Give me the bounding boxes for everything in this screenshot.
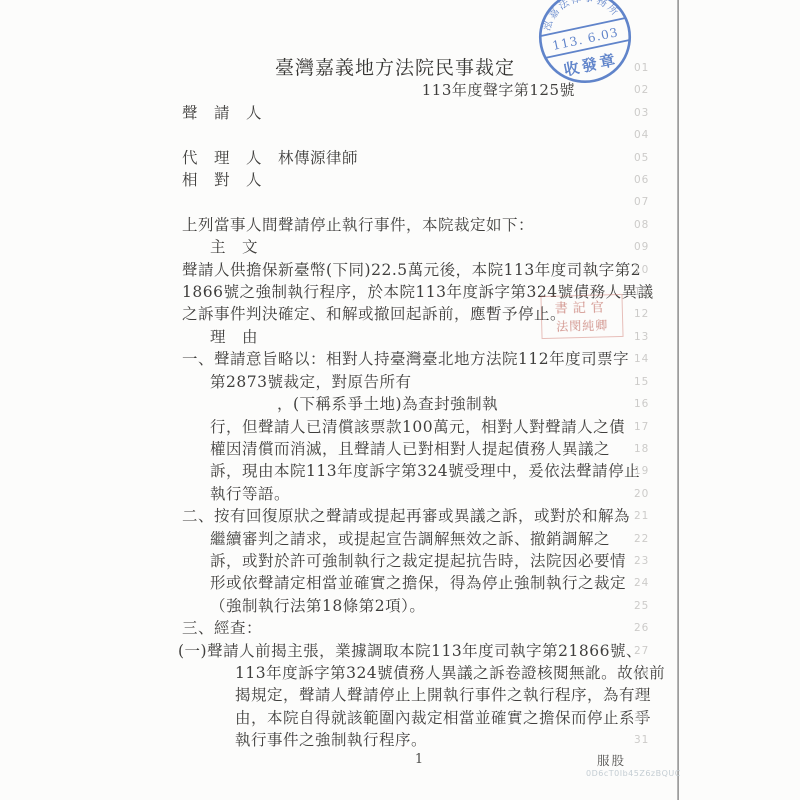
line-number: 24 — [634, 573, 660, 593]
doc-line-18: 權因清償而消滅，且聲請人已對相對人提起債務人異議之18 — [182, 438, 657, 460]
line-number: 03 — [634, 103, 660, 123]
doc-line-19: 訴，現由本院113年度訴字第324號受理中，爰依法聲請停止19 — [182, 460, 657, 482]
line-number: 06 — [634, 170, 660, 190]
doc-line-09: 主 文09 — [182, 236, 657, 258]
line-number: 12 — [634, 304, 660, 324]
line-number: 16 — [634, 394, 660, 414]
line-number: 13 — [634, 327, 660, 347]
line-text: 二、按有回復原狀之聲請或提起再審或異議之訴，或對於和解為 — [182, 505, 630, 527]
line-number: 07 — [634, 192, 660, 212]
line-number: 14 — [634, 349, 660, 369]
doc-line-05: 代 理 人 林傳源律師05 — [182, 147, 657, 169]
line-number: 10 — [634, 260, 660, 280]
line-number: 15 — [634, 372, 660, 392]
line-text: 執行等語。 — [210, 483, 290, 505]
line-number: 05 — [634, 148, 660, 168]
doc-lines: 臺灣嘉義地方法院民事裁定01113年度聲字第125號02聲 請 人0304代 理… — [182, 57, 657, 752]
doc-line-20: 執行等語。20 — [182, 483, 657, 505]
doc-line-08: 上列當事人間聲請停止執行事件，本院裁定如下：08 — [182, 214, 657, 236]
doc-line-31: 執行事件之強制執行程序。31 — [182, 729, 657, 751]
doc-line-28: 113年度訴字第324號債務人異議之訴卷證核閱無訛。故依前28 — [182, 662, 657, 684]
line-number: 25 — [634, 596, 660, 616]
doc-line-04: 04 — [182, 124, 657, 146]
doc-line-25: （強制執行法第18條第2項）。25 — [182, 595, 657, 617]
line-number: 31 — [634, 730, 660, 750]
line-text: 113年度聲字第125號 — [182, 79, 575, 101]
doc-line-06: 相 對 人06 — [182, 169, 657, 191]
doc-line-23: 訴，或對於許可強制執行之裁定提起抗告時，法院因必要情23 — [182, 550, 657, 572]
doc-line-16: ，(下稱系爭土地)為查封強制執16 — [182, 393, 657, 415]
line-text: 繼續審判之請求，或提起宣告調解無效之訴、撤銷調解之 — [210, 528, 610, 550]
doc-line-14: 一、聲請意旨略以：相對人持臺灣臺北地方法院112年度司票字14 — [182, 348, 657, 370]
line-number: 08 — [634, 215, 660, 235]
line-text: 形或依聲請定相當並確實之擔保，得為停止強制執行之裁定 — [210, 572, 626, 594]
line-text: 行，但聲請人已清償該票款100萬元，相對人對聲請人之債 — [210, 416, 625, 438]
line-number: 09 — [634, 237, 660, 257]
page-number: 1 — [404, 752, 434, 767]
line-text: 三、經查： — [182, 617, 262, 639]
line-text: 之訴事件判決確定、和解或撤回起訴前，應暫予停止。 — [182, 303, 566, 325]
scan-edge-line — [677, 0, 679, 800]
clerk-stamp-title: 書記官 — [555, 299, 609, 318]
line-number: 17 — [634, 417, 660, 437]
line-number: 30 — [634, 708, 660, 728]
doc-line-21: 二、按有回復原狀之聲請或提起再審或異議之訴，或對於和解為21 — [182, 505, 657, 527]
line-text: 由，本院自得就該範圍內裁定相當並確實之擔保而停止系爭 — [235, 707, 651, 729]
line-number: 27 — [634, 641, 660, 661]
line-number: 20 — [634, 484, 660, 504]
line-number: 28 — [634, 663, 660, 683]
division-label: 服股 — [597, 751, 626, 769]
line-text: 113年度訴字第324號債務人異議之訴卷證核閱無訛。故依前 — [235, 662, 665, 684]
doc-line-24: 形或依聲請定相當並確實之擔保，得為停止強制執行之裁定24 — [182, 572, 657, 594]
doc-line-15: 第2873號裁定，對原告所有15 — [182, 371, 657, 393]
doc-line-07: 07 — [182, 191, 657, 213]
line-number: 11 — [634, 282, 660, 302]
line-number: 18 — [634, 439, 660, 459]
line-number: 23 — [634, 551, 660, 571]
line-number: 22 — [634, 529, 660, 549]
doc-line-29: 揭規定，聲請人聲請停止上開執行事件之執行程序，為有理29 — [182, 684, 657, 706]
clerk-stamp-name: 法閔純卿 — [556, 317, 608, 334]
doc-line-26: 三、經查：26 — [182, 617, 657, 639]
line-text: 訴，現由本院113年度訴字第324號受理中，爰依法聲請停止 — [210, 460, 640, 482]
line-number: 21 — [634, 506, 660, 526]
line-text: 理 由 — [210, 326, 258, 348]
scanned-court-ruling-page: 臺灣嘉義地方法院民事裁定01113年度聲字第125號02聲 請 人0304代 理… — [0, 0, 800, 800]
doc-line-03: 聲 請 人03 — [182, 102, 657, 124]
line-text: 執行事件之強制執行程序。 — [235, 729, 427, 751]
line-text: 主 文 — [210, 236, 258, 258]
line-text: （強制執行法第18條第2項）。 — [210, 595, 425, 617]
line-text: 上列當事人間聲請停止執行事件，本院裁定如下： — [182, 214, 534, 236]
line-number: 26 — [634, 618, 660, 638]
line-text: 權因清償而消滅，且聲請人已對相對人提起債務人異議之 — [210, 438, 610, 460]
line-number: 19 — [634, 461, 660, 481]
line-text: 聲請人供擔保新臺幣(下同)22.5萬元後，本院113年度司執字第2 — [182, 259, 641, 281]
line-text: (一)聲請人前揭主張，業據調取本院113年度司執字第21866號、 — [178, 640, 642, 662]
line-text: ，(下稱系爭土地)為查封強制執 — [277, 393, 498, 415]
receipt-stamp-label: 收發章 — [562, 50, 619, 79]
line-text: 第2873號裁定，對原告所有 — [210, 371, 411, 393]
line-text: 一、聲請意旨略以：相對人持臺灣臺北地方法院112年度司票字 — [182, 348, 629, 370]
doc-line-22: 繼續審判之請求，或提起宣告調解無效之訴、撤銷調解之22 — [182, 528, 657, 550]
line-text: 相 對 人 — [182, 169, 262, 191]
line-number: 29 — [634, 685, 660, 705]
footer-faint-code: 0D6cT0Ib45Z6zBQUC — [586, 769, 681, 778]
doc-line-30: 由，本院自得就該範圍內裁定相當並確實之擔保而停止系爭30 — [182, 707, 657, 729]
line-text: 揭規定，聲請人聲請停止上開執行事件之執行程序，為有理 — [235, 684, 651, 706]
line-text: 訴，或對於許可強制執行之裁定提起抗告時，法院因必要情 — [210, 550, 626, 572]
doc-line-17: 行，但聲請人已清償該票款100萬元，相對人對聲請人之債17 — [182, 416, 657, 438]
line-text: 聲 請 人 — [182, 102, 262, 124]
line-text: 代 理 人 林傳源律師 — [182, 147, 358, 169]
clerk-stamp: 書記官 法閔純卿 — [540, 294, 623, 339]
doc-line-27: (一)聲請人前揭主張，業據調取本院113年度司執字第21866號、27 — [182, 640, 657, 662]
doc-line-10: 聲請人供擔保新臺幣(下同)22.5萬元後，本院113年度司執字第210 — [182, 259, 657, 281]
line-number: 04 — [634, 125, 660, 145]
